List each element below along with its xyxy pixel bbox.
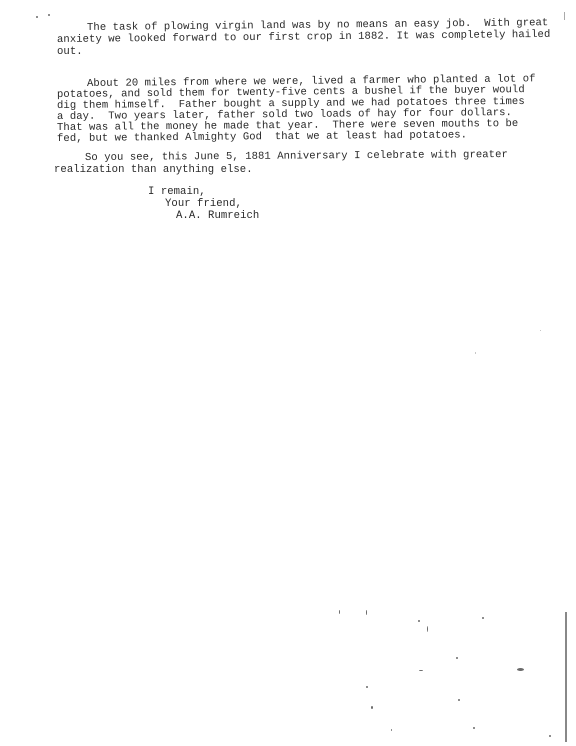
text-line: realization than anything else. [54, 164, 253, 176]
scan-speck [36, 16, 38, 18]
text-line: fed, but we thanked Almighty God that we… [57, 129, 467, 145]
scan-edge-line [565, 612, 567, 742]
valediction: Your friend, [165, 198, 242, 210]
scan-speck [427, 626, 428, 632]
scan-speck [456, 657, 458, 659]
scan-speck [339, 610, 340, 614]
scan-speck [366, 686, 368, 688]
typewritten-letter-page: The task of plowing virgin land was by n… [0, 0, 576, 746]
scan-speck [517, 668, 524, 671]
scan-speck [473, 727, 475, 729]
scan-speck [48, 14, 50, 16]
scan-speck [391, 729, 392, 731]
scan-speck [366, 610, 367, 615]
salutation: I remain, [148, 186, 206, 198]
scan-speck [371, 706, 373, 709]
scan-speck [458, 699, 460, 701]
text-line: So you see, this June 5, 1881 Anniversar… [85, 149, 508, 164]
scan-edge-mark [564, 12, 565, 20]
scan-speck [418, 620, 420, 622]
scan-speck [475, 352, 476, 354]
scan-speck [419, 670, 423, 671]
signature: A.A. Rumreich [176, 210, 259, 222]
scan-speck [482, 617, 484, 619]
scan-speck [540, 330, 541, 331]
text-line: out. [57, 46, 83, 58]
scan-speck [549, 735, 551, 737]
